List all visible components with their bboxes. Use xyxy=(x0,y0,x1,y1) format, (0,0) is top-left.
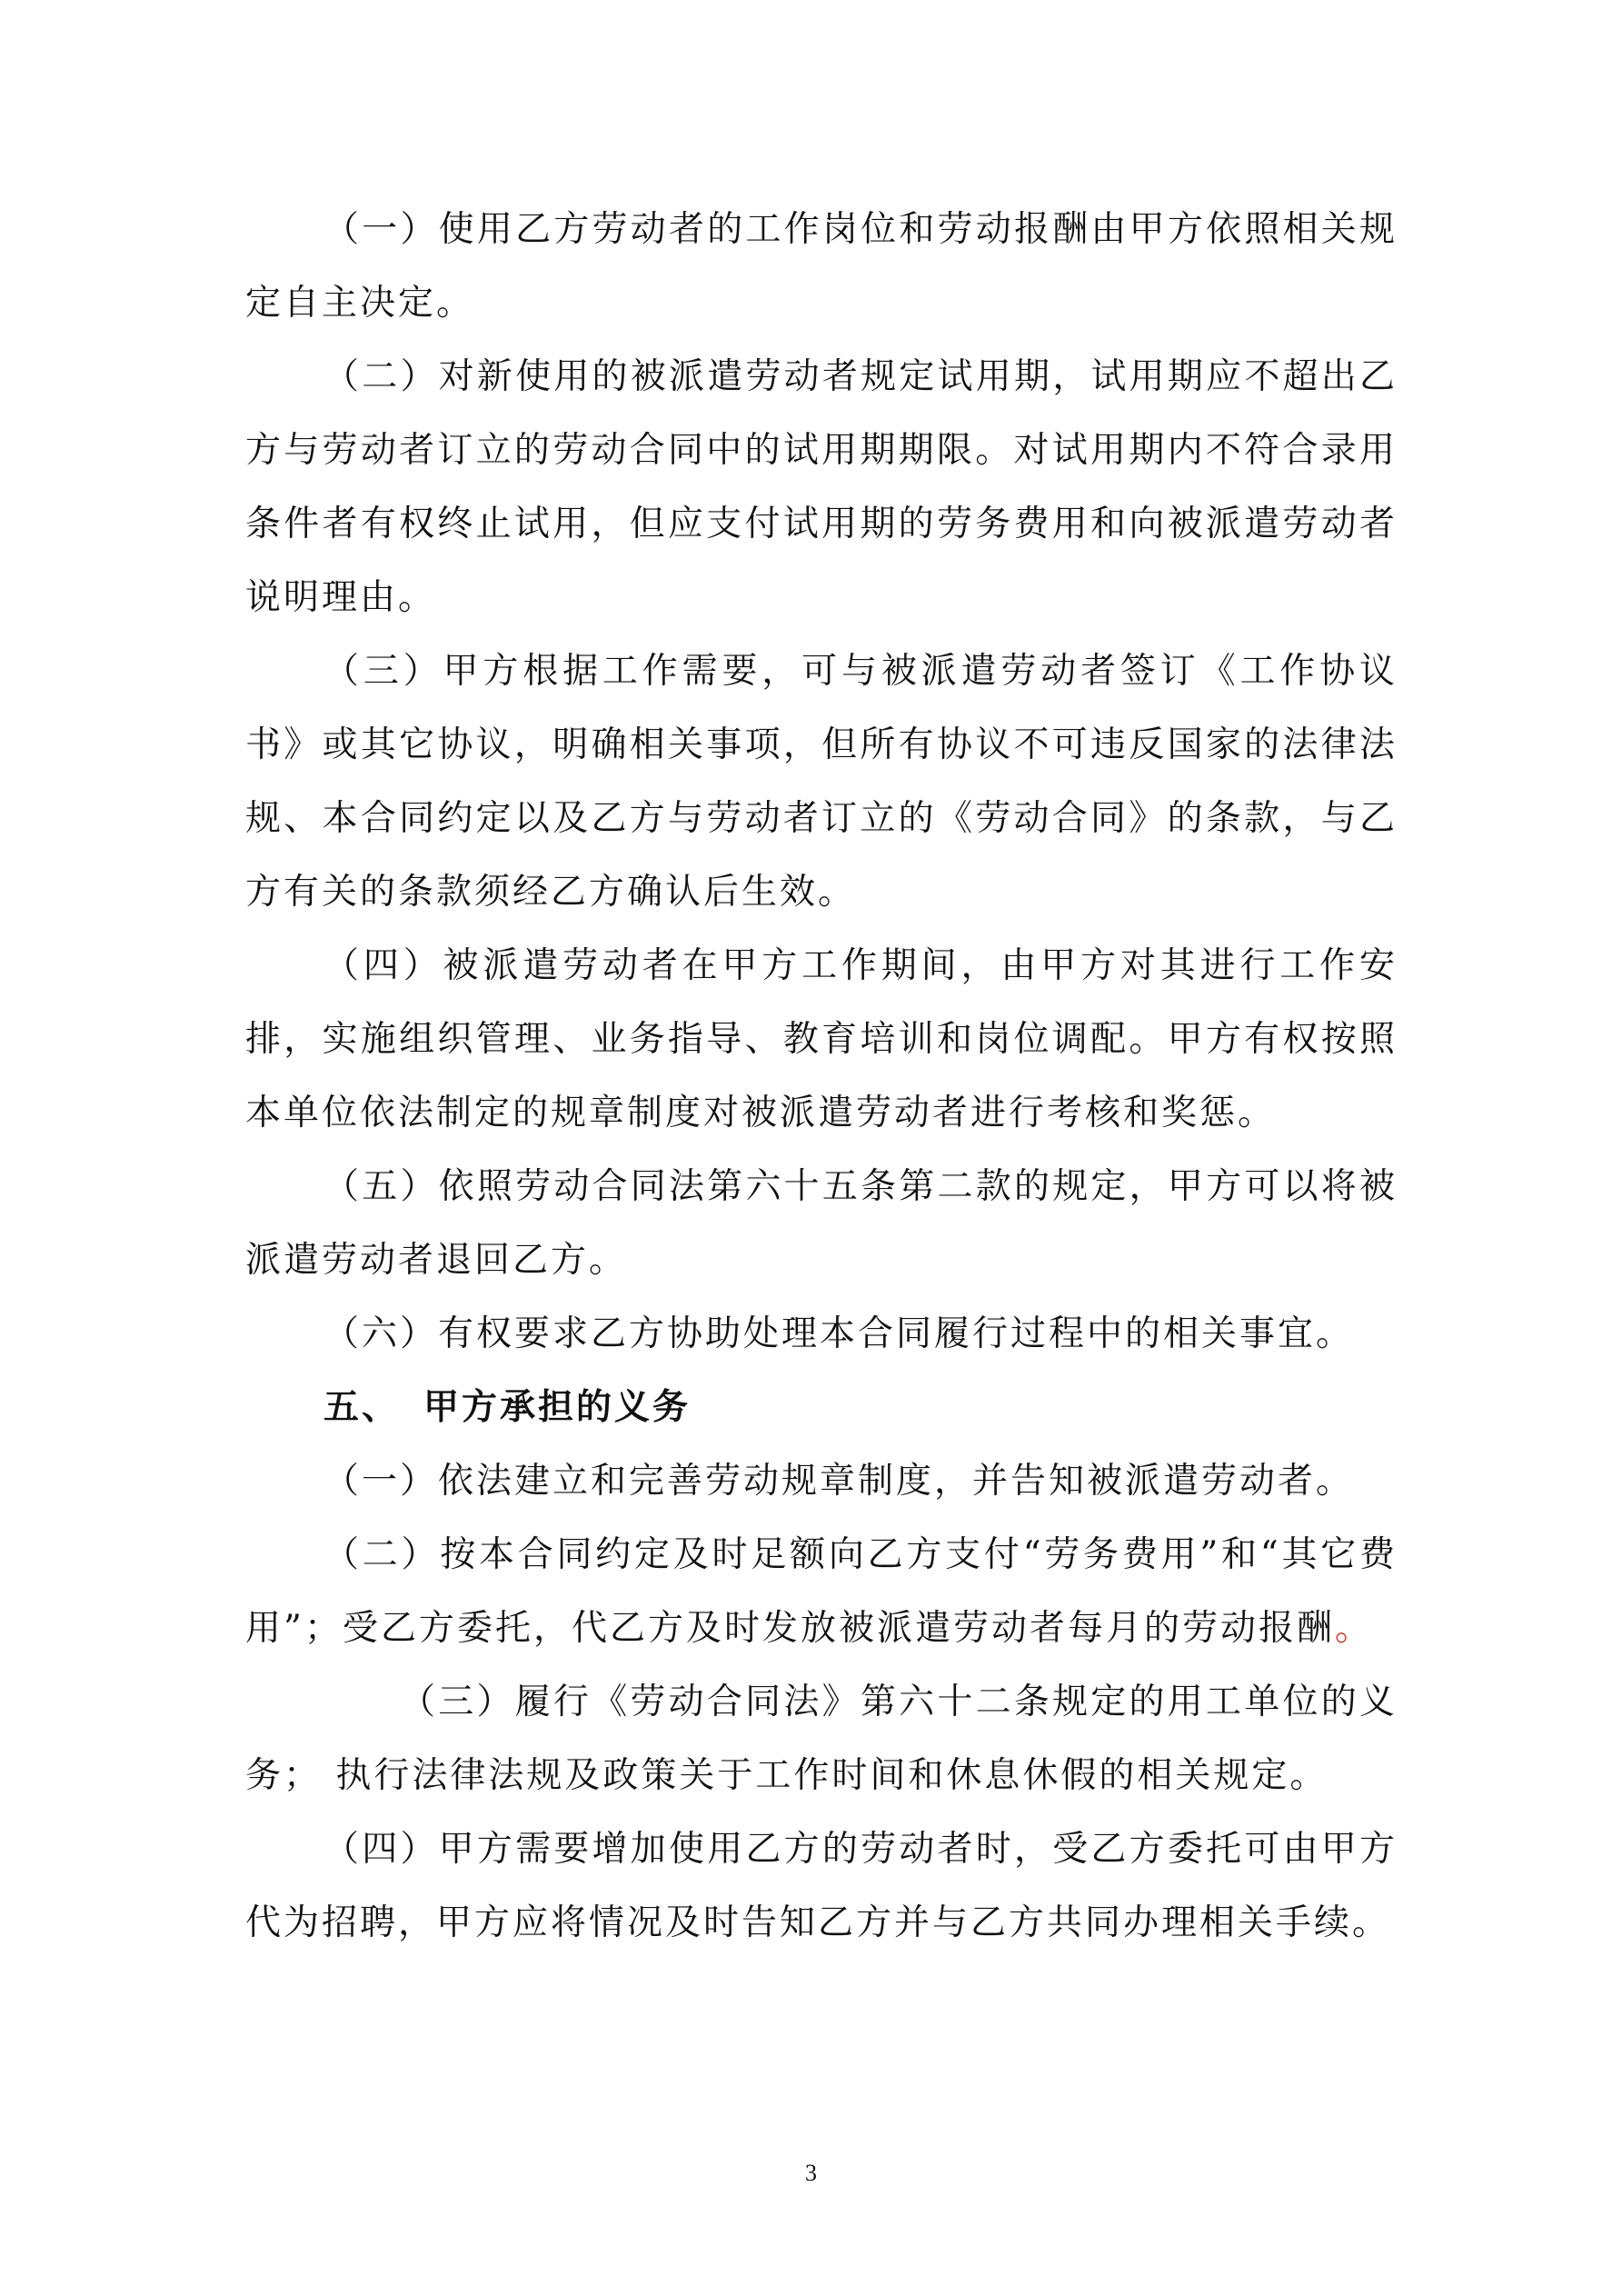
obligation-4-paragraph: （四）甲方需要增加使用乙方的劳动者时，受乙方委托可由甲方代为招聘，甲方应将情况及… xyxy=(245,1812,1398,1960)
clause-2-paragraph: （二）对新使用的被派遣劳动者规定试用期，试用期应不超出乙方与劳动者订立的劳动合同… xyxy=(245,340,1398,634)
red-period-mark: 。 xyxy=(1335,1608,1373,1649)
section-heading: 五、甲方承担的义务 xyxy=(245,1371,1398,1444)
obligation-2-paragraph: （二）按本合同约定及时足额向乙方支付“劳务费用”和“其它费用”；受乙方委托，代乙… xyxy=(245,1518,1398,1665)
page-number: 3 xyxy=(0,2160,1622,2187)
document-page: （一）使用乙方劳动者的工作岗位和劳动报酬由甲方依照相关规定自主决定。 （二）对新… xyxy=(245,193,1398,1960)
clause-1-paragraph: （一）使用乙方劳动者的工作岗位和劳动报酬由甲方依照相关规定自主决定。 xyxy=(245,193,1398,340)
obligation-1-paragraph: （一）依法建立和完善劳动规章制度，并告知被派遣劳动者。 xyxy=(245,1444,1398,1518)
section-title: 甲方承担的义务 xyxy=(423,1386,691,1428)
clause-4-paragraph: （四）被派遣劳动者在甲方工作期间，由甲方对其进行工作安排，实施组织管理、业务指导… xyxy=(245,929,1398,1150)
obligation-2-text: （二）按本合同约定及时足额向乙方支付“劳务费用”和“其它费用”；受乙方委托，代乙… xyxy=(245,1534,1398,1649)
section-number: 五、 xyxy=(323,1386,400,1428)
obligation-3-paragraph: （三）履行《劳动合同法》第六十二条规定的用工单位的义务； 执行法律法规及政策关于… xyxy=(245,1665,1398,1812)
clause-5-paragraph: （五）依照劳动合同法第六十五条第二款的规定，甲方可以将被派遣劳动者退回乙方。 xyxy=(245,1150,1398,1297)
clause-3-paragraph: （三）甲方根据工作需要，可与被派遣劳动者签订《工作协议书》或其它协议，明确相关事… xyxy=(245,634,1398,929)
clause-6-paragraph: （六）有权要求乙方协助处理本合同履行过程中的相关事宜。 xyxy=(245,1297,1398,1371)
